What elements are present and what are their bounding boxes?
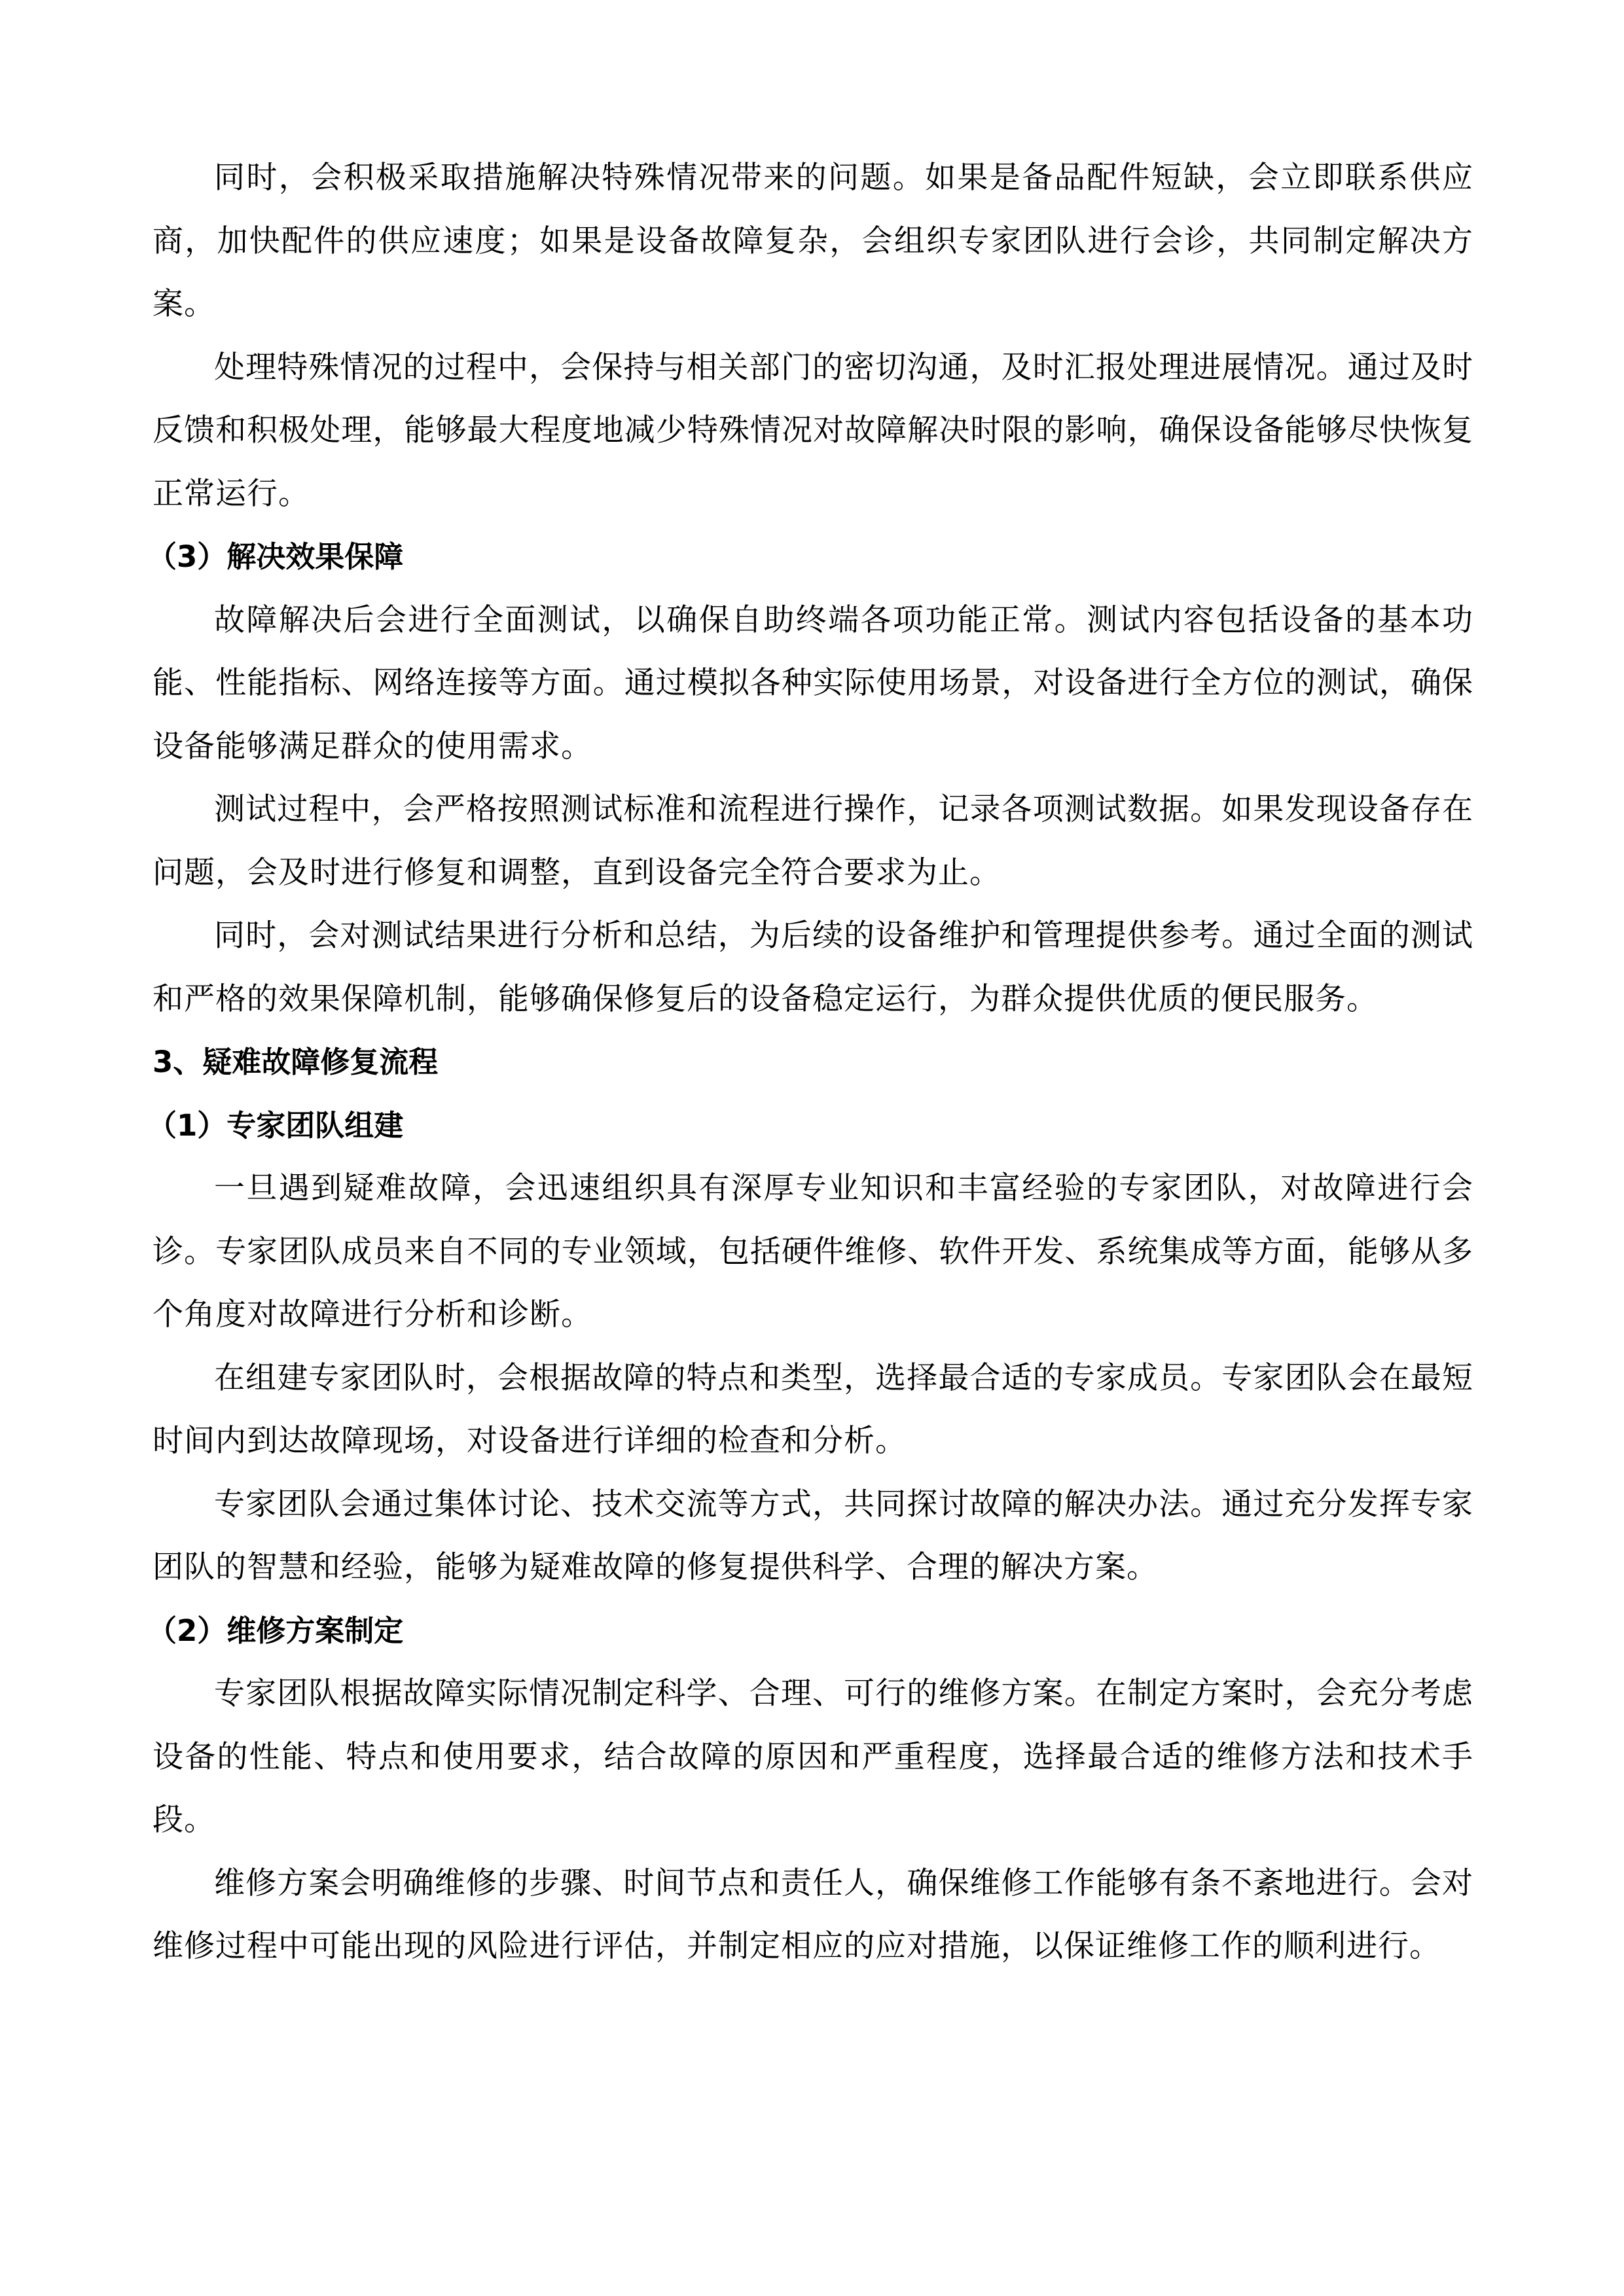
- subheading-repair-plan: （2）维修方案制定: [147, 1600, 1473, 1663]
- paragraph-special-measures: 同时，会积极采取措施解决特殊情况带来的问题。如果是备品配件短缺，会立即联系供应商…: [153, 147, 1473, 336]
- paragraph-test-analysis: 同时，会对测试结果进行分析和总结，为后续的设备维护和管理提供参考。通过全面的测试…: [153, 905, 1473, 1031]
- paragraph-team-discussion: 专家团队会通过集体讨论、技术交流等方式，共同探讨故障的解决办法。通过充分发挥专家…: [153, 1473, 1473, 1600]
- subheading-expert-team: （1）专家团队组建: [147, 1094, 1473, 1158]
- paragraph-full-testing: 故障解决后会进行全面测试，以确保自助终端各项功能正常。测试内容包括设备的基本功能…: [153, 589, 1473, 779]
- section-heading-difficult-fault: 3、疑难故障修复流程: [153, 1031, 1473, 1094]
- paragraph-plan-formulation: 专家团队根据故障实际情况制定科学、合理、可行的维修方案。在制定方案时，会充分考虑…: [153, 1662, 1473, 1852]
- subheading-result-assurance: （3）解决效果保障: [147, 526, 1473, 589]
- paragraph-team-selection: 在组建专家团队时，会根据故障的特点和类型，选择最合适的专家成员。专家团队会在最短…: [153, 1347, 1473, 1473]
- document-page: 同时，会积极采取措施解决特殊情况带来的问题。如果是备品配件短缺，会立即联系供应商…: [153, 147, 1473, 1979]
- paragraph-communication: 处理特殊情况的过程中，会保持与相关部门的密切沟通，及时汇报处理进展情况。通过及时…: [153, 336, 1473, 526]
- paragraph-plan-execution: 维修方案会明确维修的步骤、时间节点和责任人，确保维修工作能够有条不紊地进行。会对…: [153, 1852, 1473, 1979]
- paragraph-expert-consultation: 一旦遇到疑难故障，会迅速组织具有深厚专业知识和丰富经验的专家团队，对故障进行会诊…: [153, 1157, 1473, 1347]
- paragraph-testing-process: 测试过程中，会严格按照测试标准和流程进行操作，记录各项测试数据。如果发现设备存在…: [153, 778, 1473, 905]
